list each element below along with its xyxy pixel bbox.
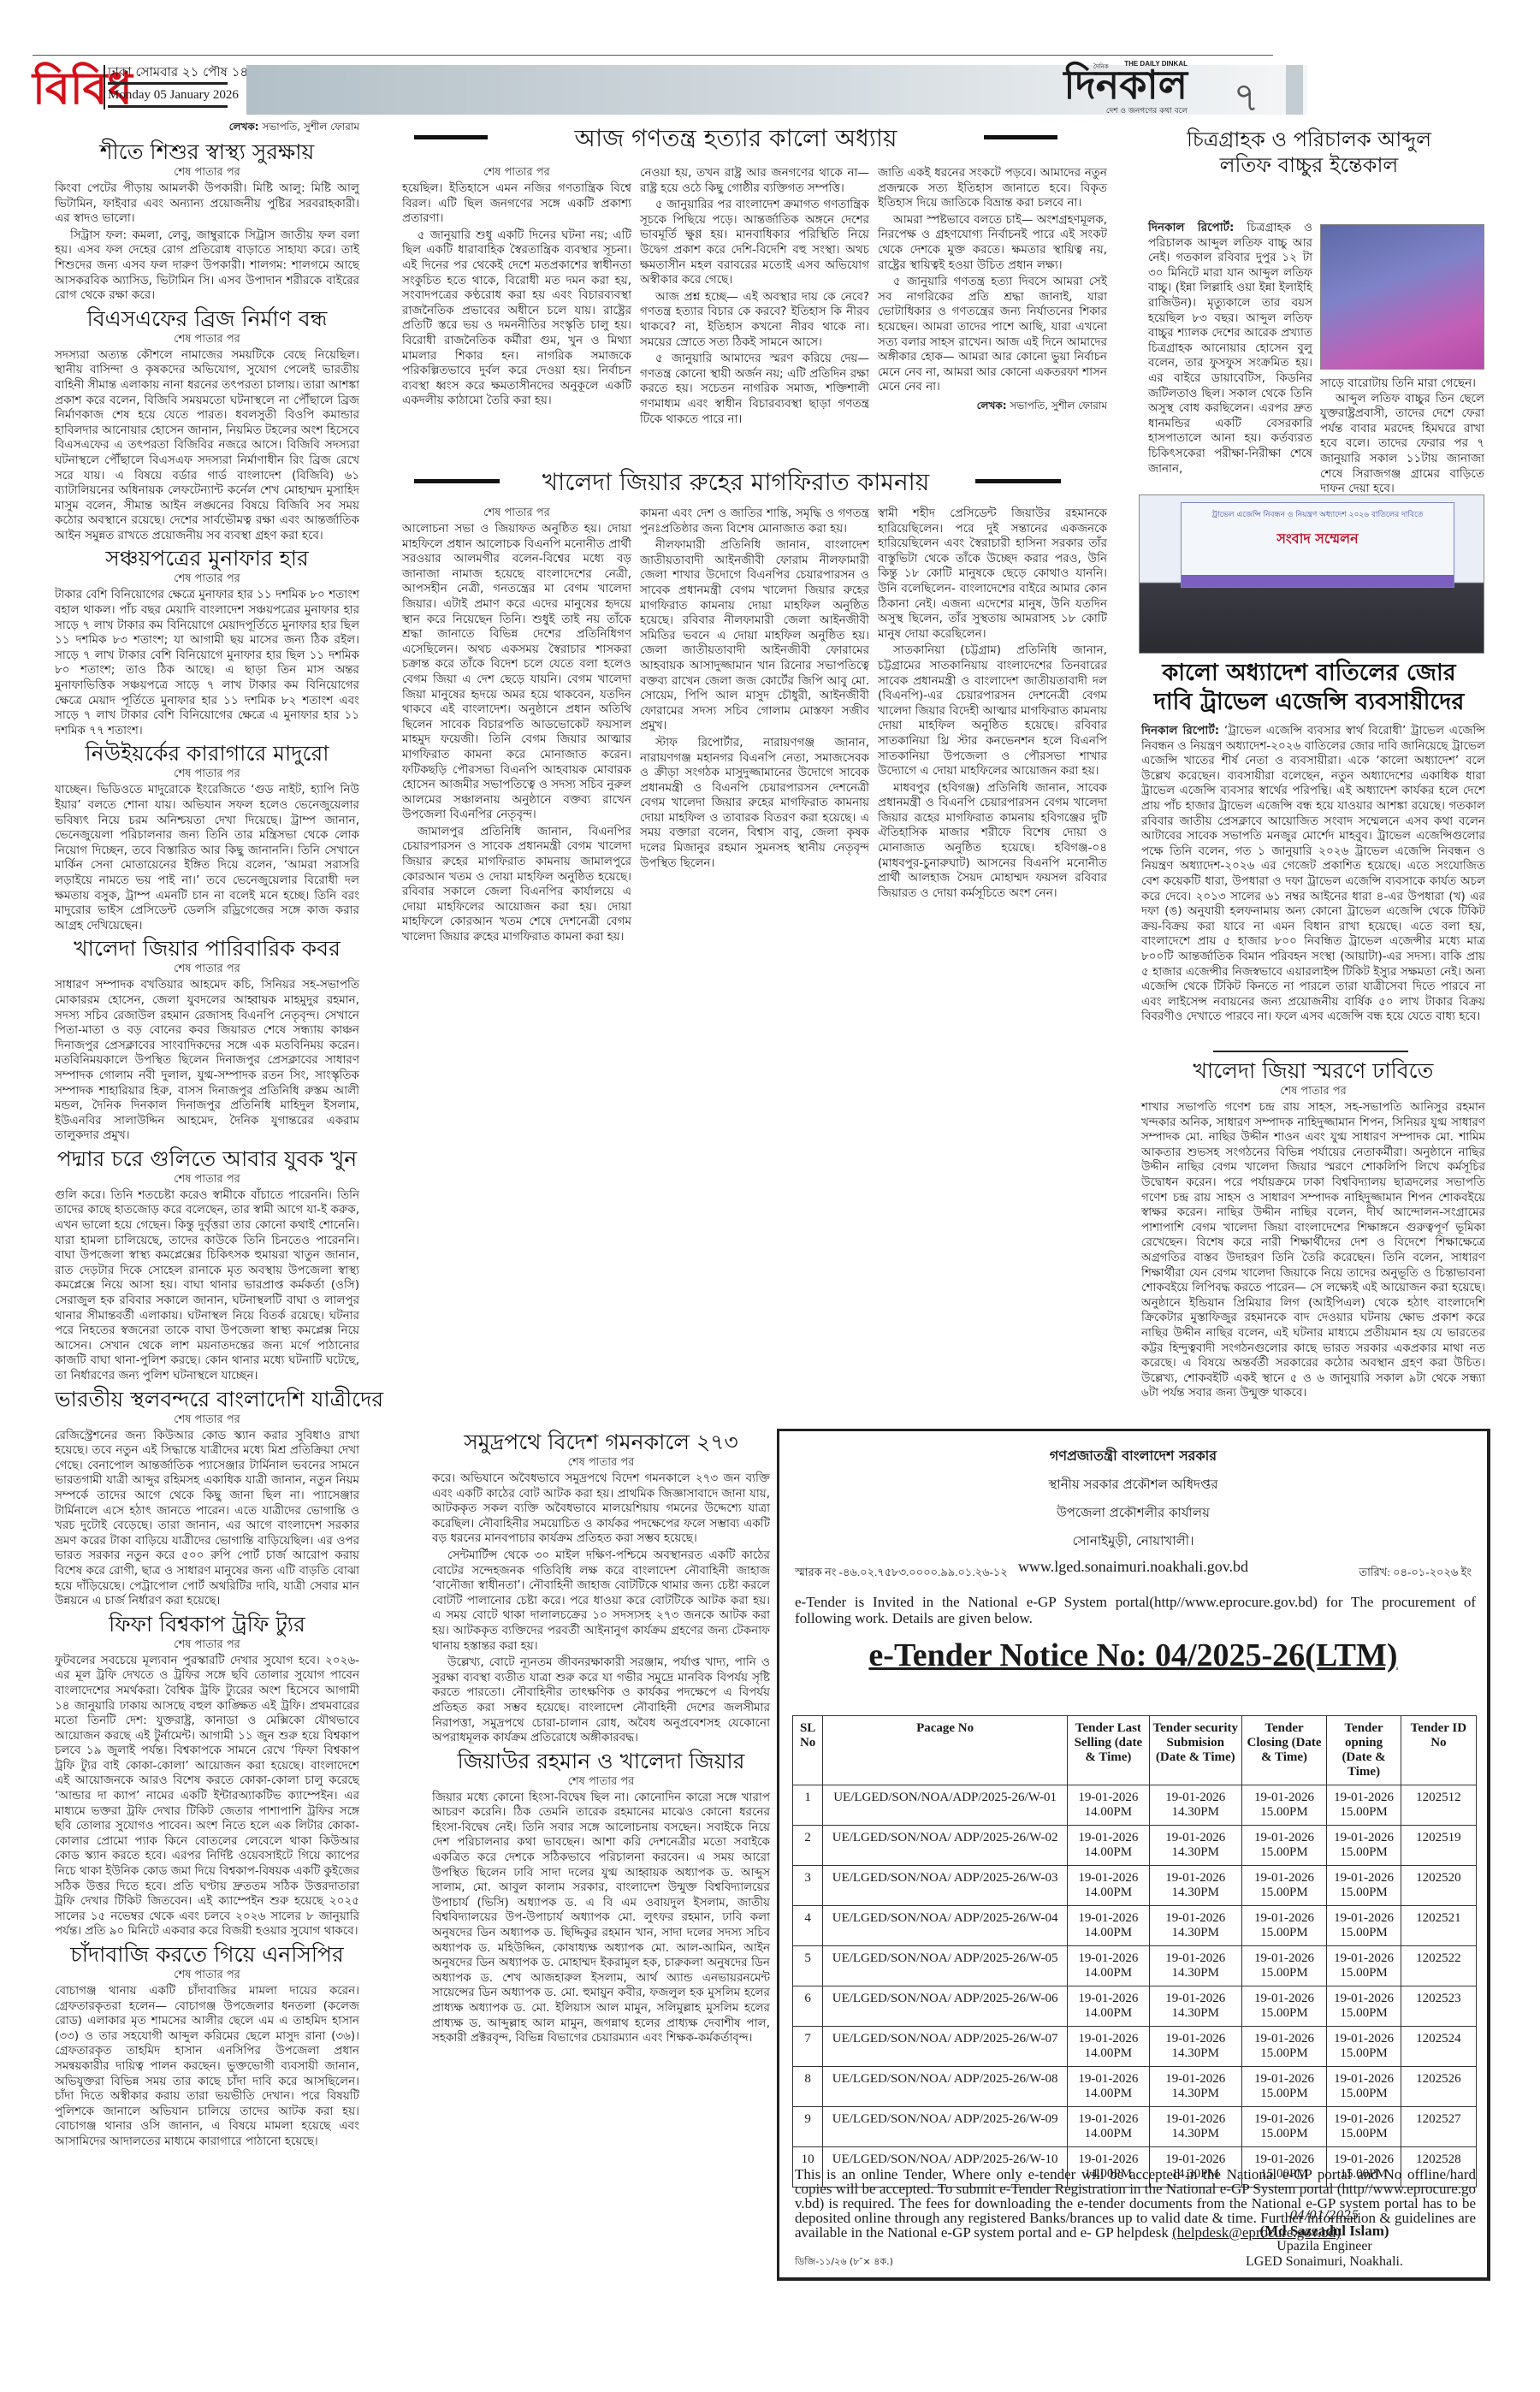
tender-notice-title: e-Tender Notice No: 04/2025-26(LTM) — [779, 1637, 1487, 1674]
table-row: 3UE/LGED/SON/NOA/ ADP/2025-26/W-0319-01-… — [793, 1866, 1477, 1906]
article-body: যাচ্ছেন। ভিডিওতে মাদুরোকে ইংরেজিতে ‘গুড … — [55, 783, 359, 933]
cell-id: 1202512 — [1401, 1785, 1476, 1826]
cell-sell: 19-01-2026 14.00PM — [1067, 2027, 1149, 2067]
cell-open: 19-01-2026 15.00PM — [1327, 2107, 1401, 2147]
travel-agency-headline: কালো অধ্যাদেশ বাতিলের জোর দাবি ট্রাভেল এ… — [1129, 659, 1489, 717]
cell-close: 19-01-2026 15.00PM — [1241, 2107, 1327, 2147]
article-body: সাধারণ সম্পাদক বখতিয়ার আহমেদ কচি, সিনিয… — [55, 978, 359, 1144]
newspaper-logo: দৈনিক THE DAILY DINKAL দিনকাল দেশ ও জনগণ… — [1051, 55, 1188, 116]
ad-code: ডিজি-১১/২৬ (৮″× ৪ক.) — [795, 2254, 893, 2271]
democracy-col-3: জাতি একই ধরনের সংকটে পড়বে। আমাদের নতুন … — [878, 166, 1107, 417]
table-row: 9UE/LGED/SON/NOA/ ADP/2025-26/W-0919-01-… — [793, 2107, 1477, 2147]
table-header-row: SL No Pacage No Tender Last Selling (dat… — [793, 1716, 1477, 1785]
cell-open: 19-01-2026 15.00PM — [1327, 2027, 1401, 2067]
cell-close: 19-01-2026 15.00PM — [1241, 2067, 1327, 2107]
left-column: লেখক: সভাপতি, সুশীল ফোরাম শীতে শিশুর স্ব… — [55, 120, 359, 2152]
article-maduro: নিউইয়র্কের কারাগারে মাদুরো শেষ পাতার পর… — [55, 740, 359, 933]
cell-sec: 19-01-2026 14.30PM — [1149, 1906, 1241, 1946]
article-body: টাকার বেশি বিনিয়োগের ক্ষেত্রে মুনাফার হ… — [55, 588, 359, 738]
cell-sl: 5 — [793, 1946, 823, 1986]
cell-pkg: UE/LGED/SON/NOA/ ADP/2025-26/W-03 — [823, 1866, 1068, 1906]
cell-sec: 19-01-2026 14.30PM — [1149, 1826, 1241, 1866]
article-fifa-trophy: ফিফা বিশ্বকাপ ট্রফি ট্যুর শেষ পাতার পর ফ… — [55, 1611, 359, 1939]
article-body: বোচাগঞ্জ থানায় একটি চাঁদাবাজির মামলা দা… — [55, 1984, 359, 2150]
continuation-label: শেষ পাতার পর — [402, 506, 631, 520]
article-body: ফুটবলের সবচেয়ে মূল্যবান পুরস্কারটি দেখা… — [55, 1654, 359, 1939]
travel-agency-body: দিনকাল রিপোর্ট: ‘ট্রাভেল এজেন্সি ব্যবসার… — [1141, 724, 1485, 1025]
signature-date: 04/01/2025 — [1239, 2208, 1410, 2223]
article-headline: বিএসএফের ব্রিজ নির্মাণ বন্ধ — [55, 305, 359, 333]
divider-rule — [1213, 1051, 1408, 1052]
cell-close: 19-01-2026 15.00PM — [1241, 2027, 1327, 2067]
masthead-right-band — [1286, 65, 1303, 115]
cell-close: 19-01-2026 15.00PM — [1241, 1866, 1327, 1906]
cell-sec: 19-01-2026 14.30PM — [1149, 2027, 1241, 2067]
article-headline: খালেদা জিয়ার পারিবারিক কবর — [55, 935, 359, 962]
cell-sell: 19-01-2026 14.00PM — [1067, 1946, 1149, 1986]
byline: লেখক: সভাপতি, সুশীল ফোরাম — [55, 120, 359, 137]
headline-rule-left — [414, 135, 488, 139]
tender-intro: e-Tender is Invited in the National e-GP… — [795, 1594, 1476, 1626]
article-body: কিংবা পেটের পীড়ায় আমলকী উপকারী। মিষ্টি… — [55, 181, 359, 304]
continuation-label: শেষ পাতার পর — [55, 1173, 359, 1187]
article-savings-certificate: সঞ্চয়পত্রের মুনাফার হার শেষ পাতার পর টা… — [55, 545, 359, 738]
cell-open: 19-01-2026 15.00PM — [1327, 2067, 1401, 2107]
article-ncp-extortion: চাঁদাবাজি করতে গিয়ে এনসিপির শেষ পাতার প… — [55, 1941, 359, 2150]
continuation-label: শেষ পাতার পর — [402, 166, 631, 180]
table-row: 2UE/LGED/SON/NOA/ ADP/2025-26/W-0219-01-… — [793, 1826, 1477, 1866]
tender-advertisement: গণপ্রজাতন্ত্রী বাংলাদেশ সরকার স্থানীয় স… — [777, 1429, 1490, 2281]
logo-wordmark: দিনকাল — [1063, 63, 1188, 106]
tender-table: SL No Pacage No Tender Last Selling (dat… — [792, 1715, 1477, 2188]
article-headline: জিয়াউর রহমান ও খালেদা জিয়ার — [432, 1748, 770, 1775]
continuation-label: শেষ পাতার পর — [55, 1413, 359, 1427]
right-obit: চিত্রগ্রাহক ও পরিচালক আব্দুল লতিফ বাচ্চু… — [1138, 127, 1480, 178]
continuation-label: শেষ পাতার পর — [1141, 1085, 1485, 1098]
cell-close: 19-01-2026 15.00PM — [1241, 1826, 1327, 1866]
press-conference-photo: ট্রাভেল এজেন্সি নিবন্ধন ও নিয়ন্ত্রণ অধ্… — [1139, 494, 1484, 654]
cell-pkg: UE/LGED/SON/NOA/ ADP/2025-26/W-08 — [823, 2067, 1068, 2107]
cell-close: 19-01-2026 15.00PM — [1241, 1986, 1327, 2027]
cell-sell: 19-01-2026 14.00PM — [1067, 1826, 1149, 1866]
cell-pkg: UE/LGED/SON/NOA/ ADP/2025-26/W-05 — [823, 1946, 1068, 1986]
headline-rule-left — [414, 479, 500, 483]
cell-pkg: UE/LGED/SON/NOA/ ADP/2025-26/W-06 — [823, 1986, 1068, 2027]
cell-sl: 6 — [793, 1986, 823, 2027]
article-ziaur-khaleda: জিয়াউর রহমান ও খালেদা জিয়ার শেষ পাতার … — [432, 1748, 770, 2046]
obit-body: দিনকাল রিপোর্ট: চিত্রগ্রাহক ও পরিচালক আব… — [1148, 221, 1312, 477]
cell-sec: 19-01-2026 14.30PM — [1149, 1785, 1241, 1826]
cell-pkg: UE/LGED/SON/NOA/ ADP/2025-26/W-09 — [823, 2107, 1068, 2147]
article-bsf-bridge: বিএসএফের ব্রিজ নির্মাণ বন্ধ শেষ পাতার পর… — [55, 305, 359, 544]
banner: ট্রাভেল এজেন্সি নিবন্ধন ও নিয়ন্ত্রণ অধ্… — [1181, 502, 1454, 588]
obit-headline-1: চিত্রগ্রাহক ও পরিচালক আব্দুল — [1138, 127, 1480, 152]
article-body: সদস্যরা অত্যন্ত কৌশলে নামাজের সময়টিকে ব… — [55, 348, 359, 544]
article-headline: ফিফা বিশ্বকাপ ট্রফি ট্যুর — [55, 1611, 359, 1638]
signer-name: (Md Sazzadul Islam) — [1239, 2223, 1410, 2239]
abdul-latif-bachchu-photo — [1320, 224, 1484, 370]
cell-pkg: UE/LGED/SON/NOA/ ADP/2025-26/W-07 — [823, 2027, 1068, 2067]
continuation-label: শেষ পাতার পর — [55, 1969, 359, 1982]
democracy-col-1: শেষ পাতার পর হয়েছিল। ইতিহাসে এমন নজির গ… — [402, 166, 631, 411]
cell-open: 19-01-2026 15.00PM — [1327, 1906, 1401, 1946]
democracy-byline: লেখক: সভাপতি, সুশীল ফোরাম — [878, 399, 1107, 416]
logo-tagline: দেশ ও জনগণের কথা বলে — [1106, 104, 1188, 117]
cell-sell: 19-01-2026 14.00PM — [1067, 1785, 1149, 1826]
article-headline: নিউইয়র্কের কারাগারে মাদুরো — [55, 740, 359, 767]
center-bottom-column: সমুদ্রপথে বিদেশ গমনকালে ২৭৩ শেষ পাতার পর… — [432, 1429, 770, 2048]
table-row: 7UE/LGED/SON/NOA/ ADP/2025-26/W-0719-01-… — [793, 2027, 1477, 2067]
cell-id: 1202527 — [1401, 2107, 1476, 2147]
article-body: গুলি করে। তিনি শতচেষ্টা করেও স্বামীকে বা… — [55, 1188, 359, 1384]
cell-sell: 19-01-2026 14.00PM — [1067, 2067, 1149, 2107]
table-row: 1UE/LGED/SON/NOA/ADP/2025-26/W-0119-01-2… — [793, 1785, 1477, 1826]
article-headline: সঞ্চয়পত্রের মুনাফার হার — [55, 545, 359, 572]
continuation-label: শেষ পাতার পর — [432, 1775, 770, 1789]
article-headline: পদ্মার চরে গুলিতে আবার যুবক খুন — [55, 1146, 359, 1173]
cell-id: 1202526 — [1401, 2067, 1476, 2107]
headline-rule-right — [984, 135, 1057, 139]
article-sea-route: সমুদ্রপথে বিদেশ গমনকালে ২৭৩ শেষ পাতার পর… — [432, 1429, 770, 1746]
article-winter-child-health: শীতে শিশুর স্বাস্থ্য সুরক্ষায় শেষ পাতার… — [55, 139, 359, 304]
cell-pkg: UE/LGED/SON/NOA/ ADP/2025-26/W-04 — [823, 1906, 1068, 1946]
article-headline: ভারতীয় স্থলবন্দরে বাংলাদেশি যাত্রীদের — [55, 1386, 359, 1413]
cell-sl: 1 — [793, 1785, 823, 1826]
headline-khaleda-prayer: খালেদা জিয়ার রুহের মাগফিরাত কামনায় — [505, 464, 967, 504]
cell-open: 19-01-2026 15.00PM — [1327, 1866, 1401, 1906]
cell-id: 1202523 — [1401, 1986, 1476, 2027]
cell-sec: 19-01-2026 14.30PM — [1149, 2067, 1241, 2107]
table-row: 4UE/LGED/SON/NOA/ ADP/2025-26/W-0419-01-… — [793, 1906, 1477, 1946]
date-english: Monday 05 January 2026 — [108, 85, 228, 108]
page-number: ৭ — [1233, 67, 1259, 134]
continuation-label: শেষ পাতার পর — [432, 1456, 770, 1470]
cell-sl: 3 — [793, 1866, 823, 1906]
prayer-col-3: স্বামী শহীদ প্রেসিডেন্ট জিয়াউর রহমানকে … — [878, 506, 1107, 903]
cell-sl: 7 — [793, 2027, 823, 2067]
continuation-label: শেষ পাতার পর — [55, 767, 359, 781]
cell-id: 1202522 — [1401, 1946, 1476, 1986]
article-padma-char: পদ্মার চরে গুলিতে আবার যুবক খুন শেষ পাতা… — [55, 1146, 359, 1384]
cell-sell: 19-01-2026 14.00PM — [1067, 2107, 1149, 2147]
cell-open: 19-01-2026 15.00PM — [1327, 1826, 1401, 1866]
cell-sec: 19-01-2026 14.30PM — [1149, 1866, 1241, 1906]
cell-id: 1202521 — [1401, 1906, 1476, 1946]
article-headline: সমুদ্রপথে বিদেশ গমনকালে ২৭৩ — [432, 1429, 770, 1456]
continuation-label: শেষ পাতার পর — [55, 333, 359, 346]
obit-caption-column: সাড়ে বারোটায় তিনি মারা গেছেন। আব্দুল ল… — [1320, 376, 1484, 497]
signer-title: Upazila Engineer — [1239, 2239, 1410, 2254]
continuation-label: শেষ পাতার পর — [55, 166, 359, 180]
cell-close: 19-01-2026 15.00PM — [1241, 1785, 1327, 1826]
cell-sell: 19-01-2026 14.00PM — [1067, 1986, 1149, 2027]
cell-id: 1202519 — [1401, 1826, 1476, 1866]
section-divider — [104, 65, 105, 110]
signature-block: 04/01/2025 (Md Sazzadul Islam) Upazila E… — [1239, 2208, 1410, 2270]
memo-date: তারিখ: ০৪-০১-২০২৬ ইং — [1359, 1565, 1472, 1583]
cell-sell: 19-01-2026 14.00PM — [1067, 1866, 1149, 1906]
cell-open: 19-01-2026 15.00PM — [1327, 1785, 1401, 1826]
cell-close: 19-01-2026 15.00PM — [1241, 1906, 1327, 1946]
article-headline: শীতে শিশুর স্বাস্থ্য সুরক্ষায় — [55, 139, 359, 166]
article-family-grave: খালেদা জিয়ার পারিবারিক কবর শেষ পাতার পর… — [55, 935, 359, 1144]
cell-sl: 4 — [793, 1906, 823, 1946]
cell-id: 1202524 — [1401, 2027, 1476, 2067]
cell-pkg: UE/LGED/SON/NOA/ADP/2025-26/W-01 — [823, 1785, 1068, 1826]
obit-headline-2: লতিফ বাচ্চুর ইন্তেকাল — [1138, 152, 1480, 178]
cell-sl: 2 — [793, 1826, 823, 1866]
headline-rule-right — [975, 479, 1061, 483]
continuation-label: শেষ পাতার পর — [55, 572, 359, 586]
date-box: ঢাকা সোমবার ২১ পৌষ ১৪৩২ Monday 05 Januar… — [108, 62, 228, 108]
democracy-col-2: নেওয়া হয়, তখন রাষ্ট্র আর জনগণের থাকে ন… — [640, 166, 869, 429]
article-khaleda-dhabi: খালেদা জিয়া স্মরণে ঢাবিতে শেষ পাতার পর … — [1141, 1057, 1485, 1403]
cell-sl: 9 — [793, 2107, 823, 2147]
table-row: 8UE/LGED/SON/NOA/ ADP/2025-26/W-0819-01-… — [793, 2067, 1477, 2107]
cell-close: 19-01-2026 15.00PM — [1241, 1946, 1327, 1986]
table-row: 6UE/LGED/SON/NOA/ ADP/2025-26/W-0619-01-… — [793, 1986, 1477, 2027]
cell-open: 19-01-2026 15.00PM — [1327, 1946, 1401, 1986]
prayer-col-1: শেষ পাতার পর আলোচনা সভা ও জিয়াফত অনুষ্ঠ… — [402, 506, 631, 947]
cell-sec: 19-01-2026 14.30PM — [1149, 1986, 1241, 2027]
cell-sell: 19-01-2026 14.00PM — [1067, 1906, 1149, 1946]
article-headline: চাঁদাবাজি করতে গিয়ে এনসিপির — [55, 1941, 359, 1969]
headline-democracy: আজ গণতন্ত্র হত্যার কালো অধ্যায় — [496, 120, 975, 160]
masthead: বিবিধ ঢাকা সোমবার ২১ পৌষ ১৪৩২ Monday 05 … — [33, 55, 1504, 116]
cell-id: 1202520 — [1401, 1866, 1476, 1906]
memo-number: স্মারক নং -৪৬.০২.৭৫৮৩.০০০০.৯৯.০১.২৬-১২ — [795, 1565, 1008, 1583]
cell-sl: 8 — [793, 2067, 823, 2107]
cell-pkg: UE/LGED/SON/NOA/ ADP/2025-26/W-02 — [823, 1826, 1068, 1866]
ad-header: গণপ্রজাতন্ত্রী বাংলাদেশ সরকার স্থানীয় স… — [779, 1445, 1487, 1576]
cell-sec: 19-01-2026 14.30PM — [1149, 1946, 1241, 1986]
continuation-label: শেষ পাতার পর — [55, 962, 359, 976]
table-row: 5UE/LGED/SON/NOA/ ADP/2025-26/W-0519-01-… — [793, 1946, 1477, 1986]
date-bangla: ঢাকা সোমবার ২১ পৌষ ১৪৩২ — [108, 62, 228, 85]
prayer-col-2: কামনা এবং দেশ ও জাতির শান্তি, সমৃদ্ধি ও … — [640, 506, 869, 873]
article-body: রেজিস্ট্রেশনের জন্য কিউআর কোড স্ক্যান কর… — [55, 1429, 359, 1609]
cell-sec: 19-01-2026 14.30PM — [1149, 2107, 1241, 2147]
article-land-port: ভারতীয় স্থলবন্দরে বাংলাদেশি যাত্রীদের শ… — [55, 1386, 359, 1609]
article-headline: খালেদা জিয়া স্মরণে ঢাবিতে — [1141, 1057, 1485, 1085]
signer-office: LGED Sonaimuri, Noakhali. — [1239, 2254, 1410, 2270]
cell-open: 19-01-2026 15.00PM — [1327, 1986, 1401, 2027]
continuation-label: শেষ পাতার পর — [55, 1638, 359, 1652]
